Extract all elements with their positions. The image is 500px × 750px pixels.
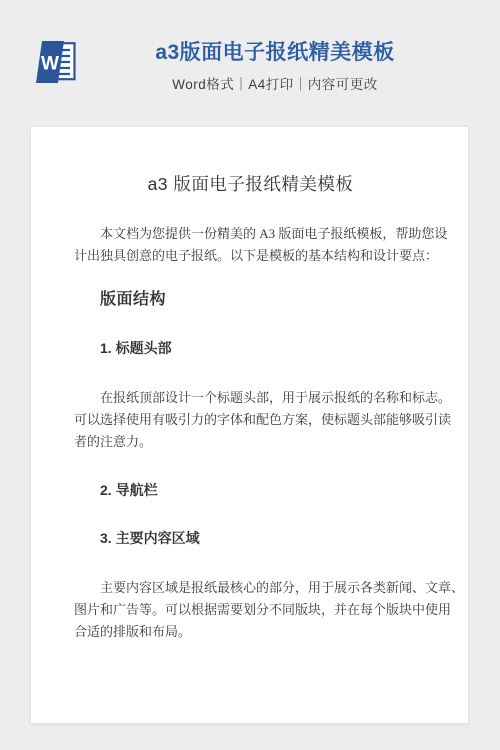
paragraph-line: 在报纸顶部设计一个标题头部，用于展示报纸的名称和标志。: [74, 387, 427, 409]
document-page: a3 版面电子报纸精美模板 本文档为您提供一份精美的 A3 版面电子报纸模板，帮…: [30, 126, 469, 724]
section-heading: 版面结构: [74, 289, 427, 311]
document-title: a3 版面电子报纸精美模板: [74, 173, 427, 195]
paragraph: 本文档为您提供一份精美的 A3 版面电子报纸模板，帮助您设计出独具创意的电子报纸…: [74, 223, 427, 267]
page-subtitle: Word格式｜A4打印｜内容可更改: [80, 73, 470, 93]
paragraph-line: 图片和广告等。可以根据需要划分不同版块，并在每个版块中使用: [74, 599, 427, 621]
paragraph-line: 可以选择使用有吸引力的字体和配色方案，使标题头部能够吸引读: [74, 409, 427, 431]
word-icon-letter: W: [41, 54, 59, 75]
page-title: a3版面电子报纸精美模板: [80, 40, 470, 66]
paragraph: 主要内容区域是报纸最核心的部分，用于展示各类新闻、文章、图片和广告等。可以根据需…: [74, 577, 427, 643]
header-text: a3版面电子报纸精美模板 Word格式｜A4打印｜内容可更改: [80, 40, 470, 93]
paragraph-line: 合适的排版和布局。: [74, 621, 427, 643]
paragraph: 在报纸顶部设计一个标题头部，用于展示报纸的名称和标志。可以选择使用有吸引力的字体…: [74, 387, 427, 453]
word-icon: W: [32, 41, 77, 83]
document-body: 本文档为您提供一份精美的 A3 版面电子报纸模板，帮助您设计出独具创意的电子报纸…: [74, 223, 427, 643]
paragraph-line: 者的注意力。: [74, 431, 427, 453]
paragraph-line: 主要内容区域是报纸最核心的部分，用于展示各类新闻、文章、: [74, 577, 427, 599]
numbered-heading: 1. 标题头部: [74, 337, 427, 359]
numbered-heading: 3. 主要内容区域: [74, 527, 427, 549]
header: W a3版面电子报纸精美模板 Word格式｜A4打印｜内容可更改: [0, 0, 500, 126]
word-icon-graphic: W: [32, 41, 77, 83]
paragraph-line: 本文档为您提供一份精美的 A3 版面电子报纸模板，帮助您设: [74, 223, 427, 245]
paragraph-line: 计出独具创意的电子报纸。以下是模板的基本结构和设计要点：: [74, 245, 427, 267]
page-background: { "colors": { "background": "#ededed", "…: [0, 0, 500, 750]
numbered-heading: 2. 导航栏: [74, 479, 427, 501]
